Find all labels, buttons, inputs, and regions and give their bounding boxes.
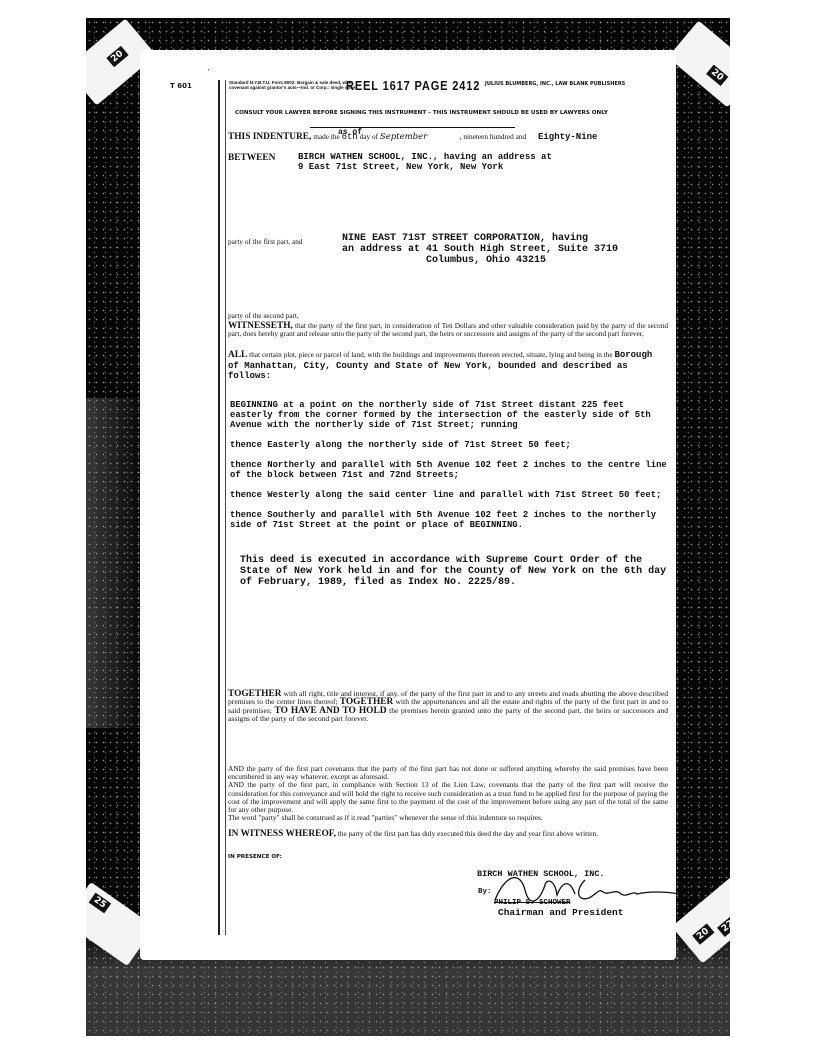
- presence-label: IN PRESENCE OF:: [228, 854, 282, 860]
- made-the: made the: [313, 132, 340, 141]
- bound-line: thence Easterly along the northerly side…: [230, 440, 670, 450]
- bound-line: BEGINNING at a point on the northerly si…: [230, 400, 670, 430]
- tab-number: 20: [106, 46, 128, 67]
- bound-line: thence Northerly and parallel with 5th A…: [230, 460, 670, 480]
- covenant-line: The word "party" shall be construed as i…: [228, 814, 668, 822]
- tab-number: 25: [89, 893, 111, 913]
- reel-page-stamp: REEL 1617 PAGE 2412: [346, 78, 480, 93]
- all-clause: ALL that certain plot, piece or parcel o…: [228, 350, 668, 382]
- witnesseth-clause: WITNESSETH, that the party of the first …: [228, 322, 668, 338]
- indenture-line: THIS INDENTURE, made the 6th day of Sept…: [228, 132, 668, 142]
- year-value: Eighty-Nine: [538, 132, 597, 142]
- day-value: 6th: [342, 132, 358, 142]
- covenant-line: AND the party of the first part covenant…: [228, 765, 668, 781]
- registration-mark: ': [208, 68, 209, 76]
- margin-rule: [218, 80, 226, 935]
- covenants: AND the party of the first part covenant…: [228, 765, 668, 822]
- in-witness-label: IN WITNESS WHEREOF,: [228, 829, 336, 839]
- first-part-label: party of the first part, and: [228, 237, 303, 246]
- deed-page: ' T 601 Standard N.Y.B.T.U. Form 8002: B…: [140, 50, 676, 960]
- month-value: September: [380, 132, 458, 142]
- bound-line: thence Southerly and parallel with 5th A…: [230, 510, 670, 530]
- all-text: that certain plot, piece or parcel of la…: [249, 350, 613, 359]
- covenant-line: AND the party of the first part, in comp…: [228, 781, 668, 814]
- first-party: BIRCH WATHEN SCHOOL, INC., having an add…: [298, 152, 552, 172]
- day-of: day of: [360, 132, 378, 141]
- nineteen-hundred: , nineteen hundred and: [460, 132, 526, 141]
- scan-smudge-left: [86, 398, 146, 728]
- first-party-line2: 9 East 71st Street, New York, New York: [298, 162, 552, 172]
- in-witness-clause: IN WITNESS WHEREOF, the party of the fir…: [228, 830, 668, 838]
- indenture-label: THIS INDENTURE,: [228, 132, 311, 142]
- between-label: BETWEEN: [228, 153, 275, 163]
- second-part-label: party of the second part,: [228, 311, 299, 320]
- in-witness-text: the party of the first part has duly exe…: [338, 829, 598, 838]
- second-party: NINE EAST 71ST STREET CORPORATION, havin…: [342, 233, 618, 266]
- tab-number: 22: [717, 916, 730, 937]
- witnesseth-text: that the party of the first part, in con…: [228, 321, 668, 338]
- metes-and-bounds: BEGINNING at a point on the northerly si…: [230, 400, 670, 540]
- tab-number: 20: [706, 65, 728, 86]
- first-party-line1: BIRCH WATHEN SCHOOL, INC., having an add…: [298, 152, 552, 162]
- form-number: T 601: [170, 82, 192, 90]
- publisher-line: JULIUS BLUMBERG, INC., LAW BLANK PUBLISH…: [485, 81, 625, 87]
- bound-line: thence Westerly along the said center li…: [230, 490, 670, 500]
- all-label: ALL: [228, 350, 247, 360]
- court-order-clause: This deed is executed in accordance with…: [240, 555, 670, 588]
- handwritten-signature: [485, 870, 695, 910]
- consult-notice: CONSULT YOUR LAWYER BEFORE SIGNING THIS …: [235, 110, 608, 116]
- tab-number: 20: [692, 924, 714, 945]
- together-clause: TOGETHER with all right, title and inter…: [228, 690, 668, 723]
